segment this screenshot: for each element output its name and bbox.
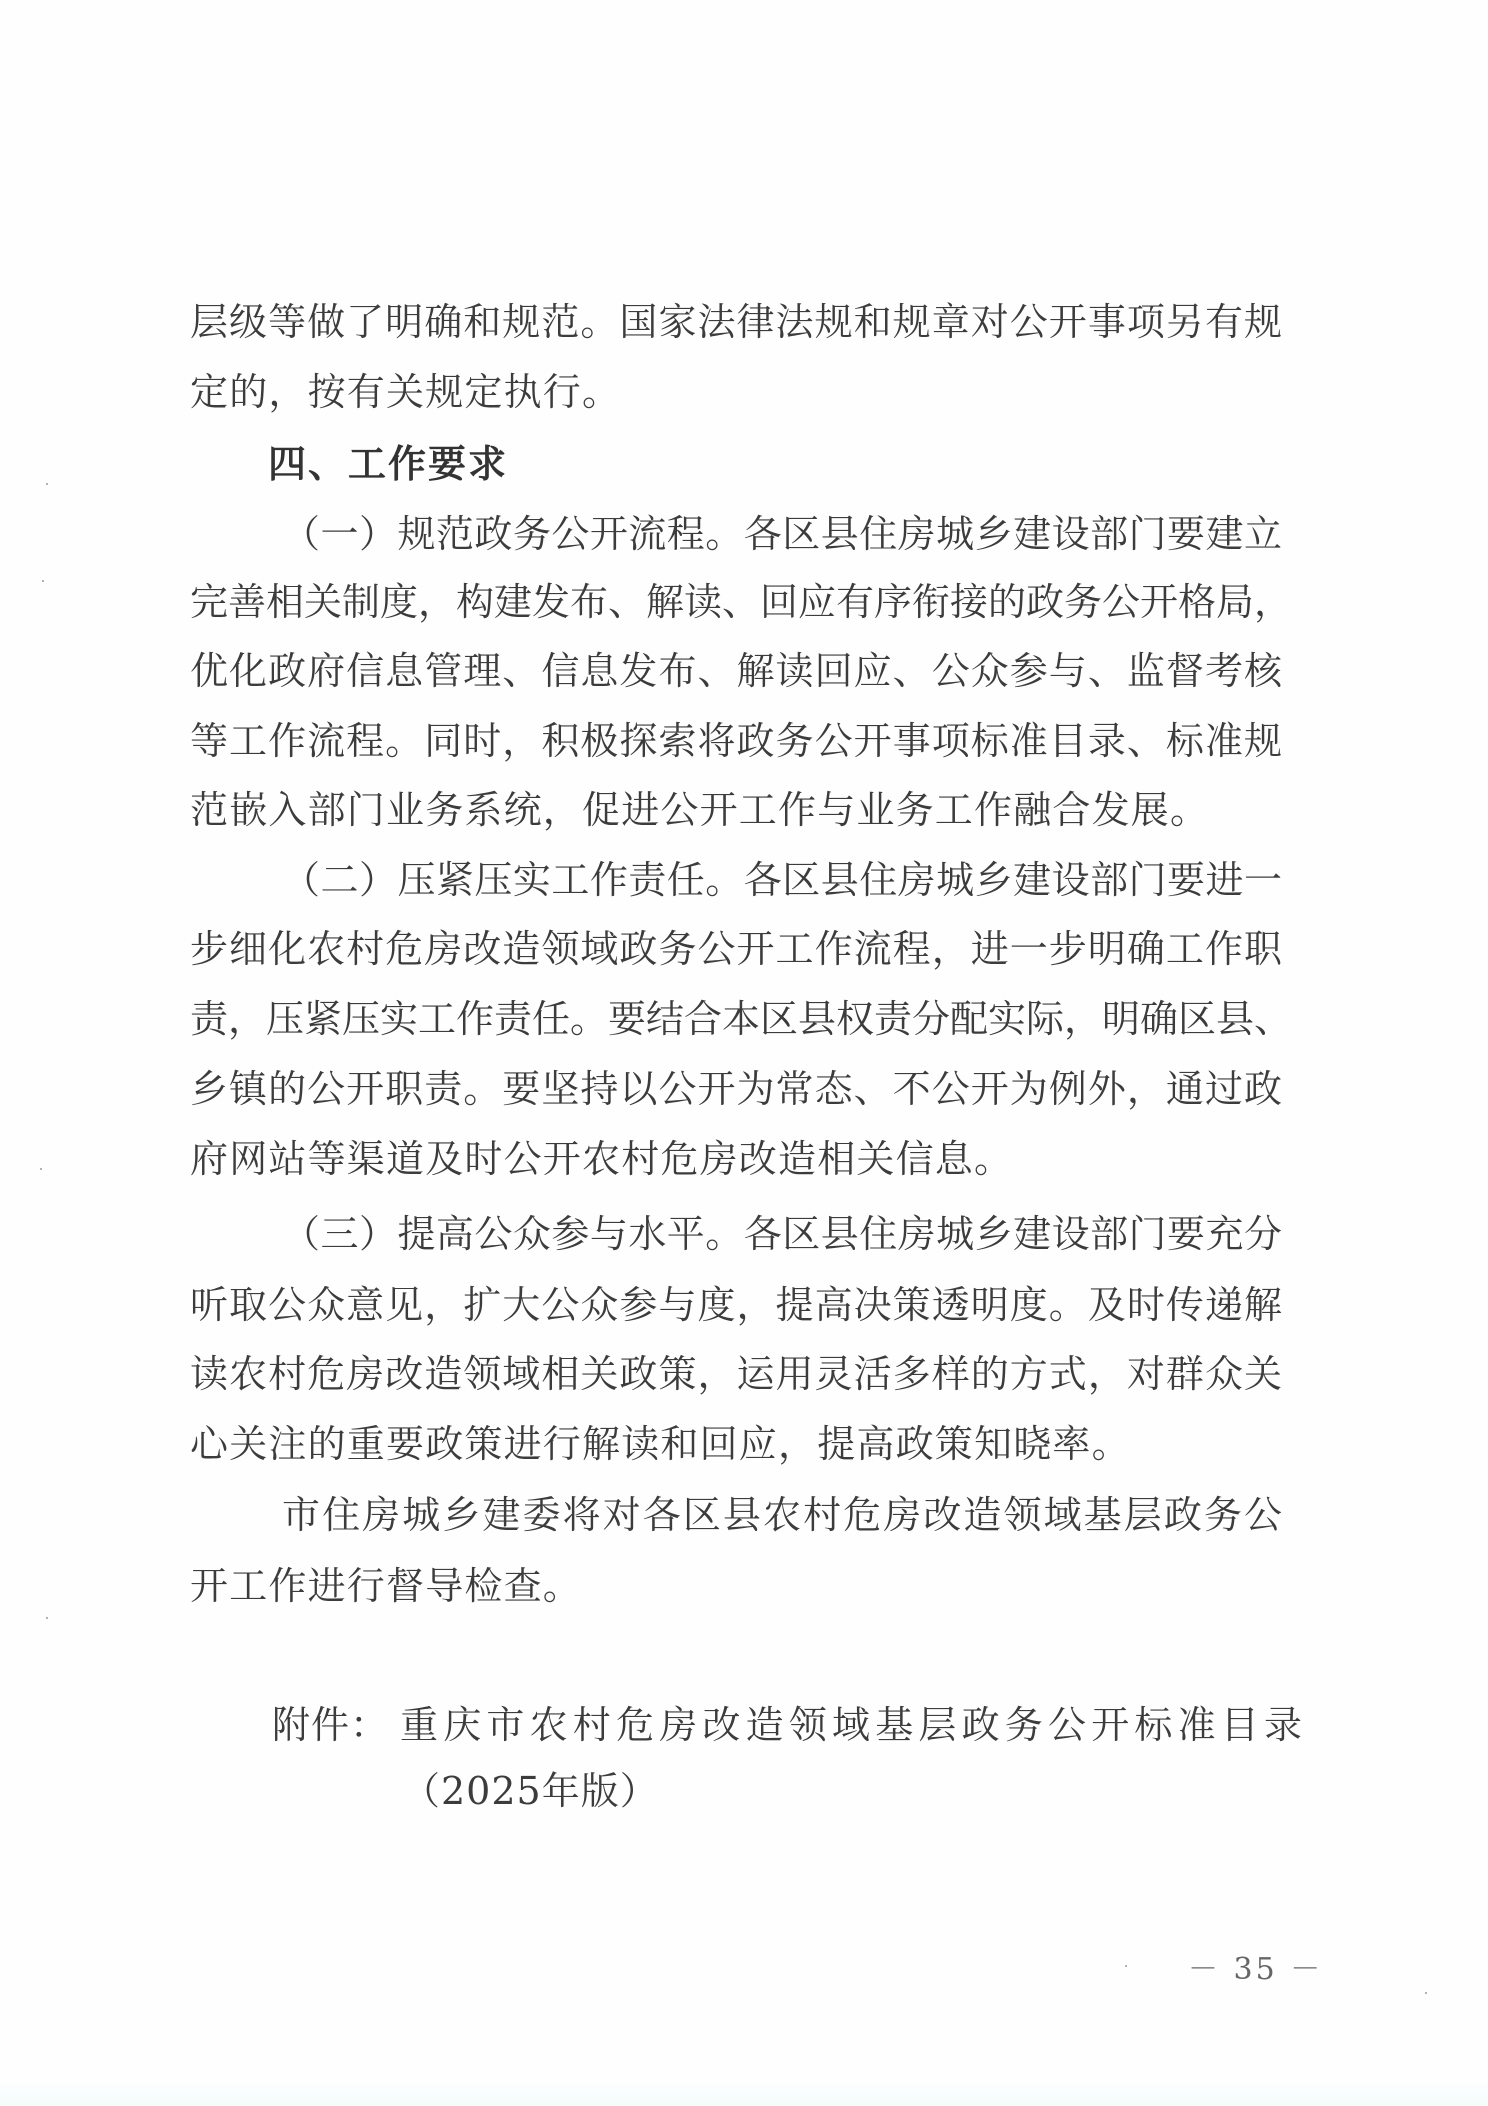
paragraph-line: 定的，按有关规定执行。 (190, 369, 1282, 415)
item-2-line: 乡镇的公开职责。要坚持以公开为常态、不公开为例外，通过政 (190, 1066, 1282, 1112)
item-2-line: 步细化农村危房改造领域政务公开工作流程，进一步明确工作职 (190, 926, 1282, 972)
item-3-line: （三）提高公众参与水平。各区县住房城乡建设部门要充分 (282, 1211, 1282, 1257)
item-2-line: （二）压紧压实工作责任。各区县住房城乡建设部门要进一 (282, 857, 1282, 903)
paragraph-line: 层级等做了明确和规范。国家法律法规和规章对公开事项另有规 (190, 299, 1282, 345)
item-1-line: （一）规范政务公开流程。各区县住房城乡建设部门要建立 (282, 511, 1282, 557)
item-1-line: 等工作流程。同时，积极探索将政务公开事项标准目录、标准规 (190, 718, 1282, 764)
scan-speck (40, 1168, 42, 1170)
item-1-line: 优化政府信息管理、信息发布、解读回应、公众参与、监督考核 (190, 648, 1282, 694)
attachment-label: 附件： (272, 1702, 389, 1748)
item-1-line: 范嵌入部门业务系统，促进公开工作与业务工作融合发展。 (190, 787, 1282, 833)
item-1-line: 完善相关制度，构建发布、解读、回应有序衔接的政务公开格局， (190, 579, 1282, 625)
attachment-edition: （2025年版） (402, 1768, 659, 1814)
closing-line: 市住房城乡建委将对各区县农村危房改造领域基层政务公 (282, 1492, 1282, 1538)
attachment-title: 重庆市农村危房改造领域基层政务公开标准目录 (400, 1702, 1302, 1748)
scan-speck (42, 580, 44, 582)
item-2-line: 府网站等渠道及时公开农村危房改造相关信息。 (190, 1136, 1282, 1182)
closing-line: 开工作进行督导检查。 (190, 1563, 1282, 1609)
scan-speck (46, 483, 48, 485)
item-3-line: 听取公众意见，扩大公众参与度，提高决策透明度。及时传递解 (190, 1282, 1282, 1328)
document-page: 层级等做了明确和规范。国家法律法规和规章对公开事项另有规 定的，按有关规定执行。… (0, 0, 1488, 2106)
scan-speck (46, 1617, 48, 1619)
scan-speck (1125, 1965, 1127, 1967)
scan-speck (1425, 1992, 1427, 1994)
item-3-line: 心关注的重要政策进行解读和回应，提高政策知晓率。 (190, 1421, 1282, 1467)
section-heading: 四、工作要求 (268, 441, 508, 487)
page-number: － 35 － (1188, 1950, 1323, 1990)
item-3-line: 读农村危房改造领域相关政策，运用灵活多样的方式，对群众关 (190, 1351, 1282, 1397)
scan-edge (0, 2080, 1488, 2106)
item-2-line: 责，压紧压实工作责任。要结合本区县权责分配实际，明确区县、 (190, 996, 1282, 1042)
